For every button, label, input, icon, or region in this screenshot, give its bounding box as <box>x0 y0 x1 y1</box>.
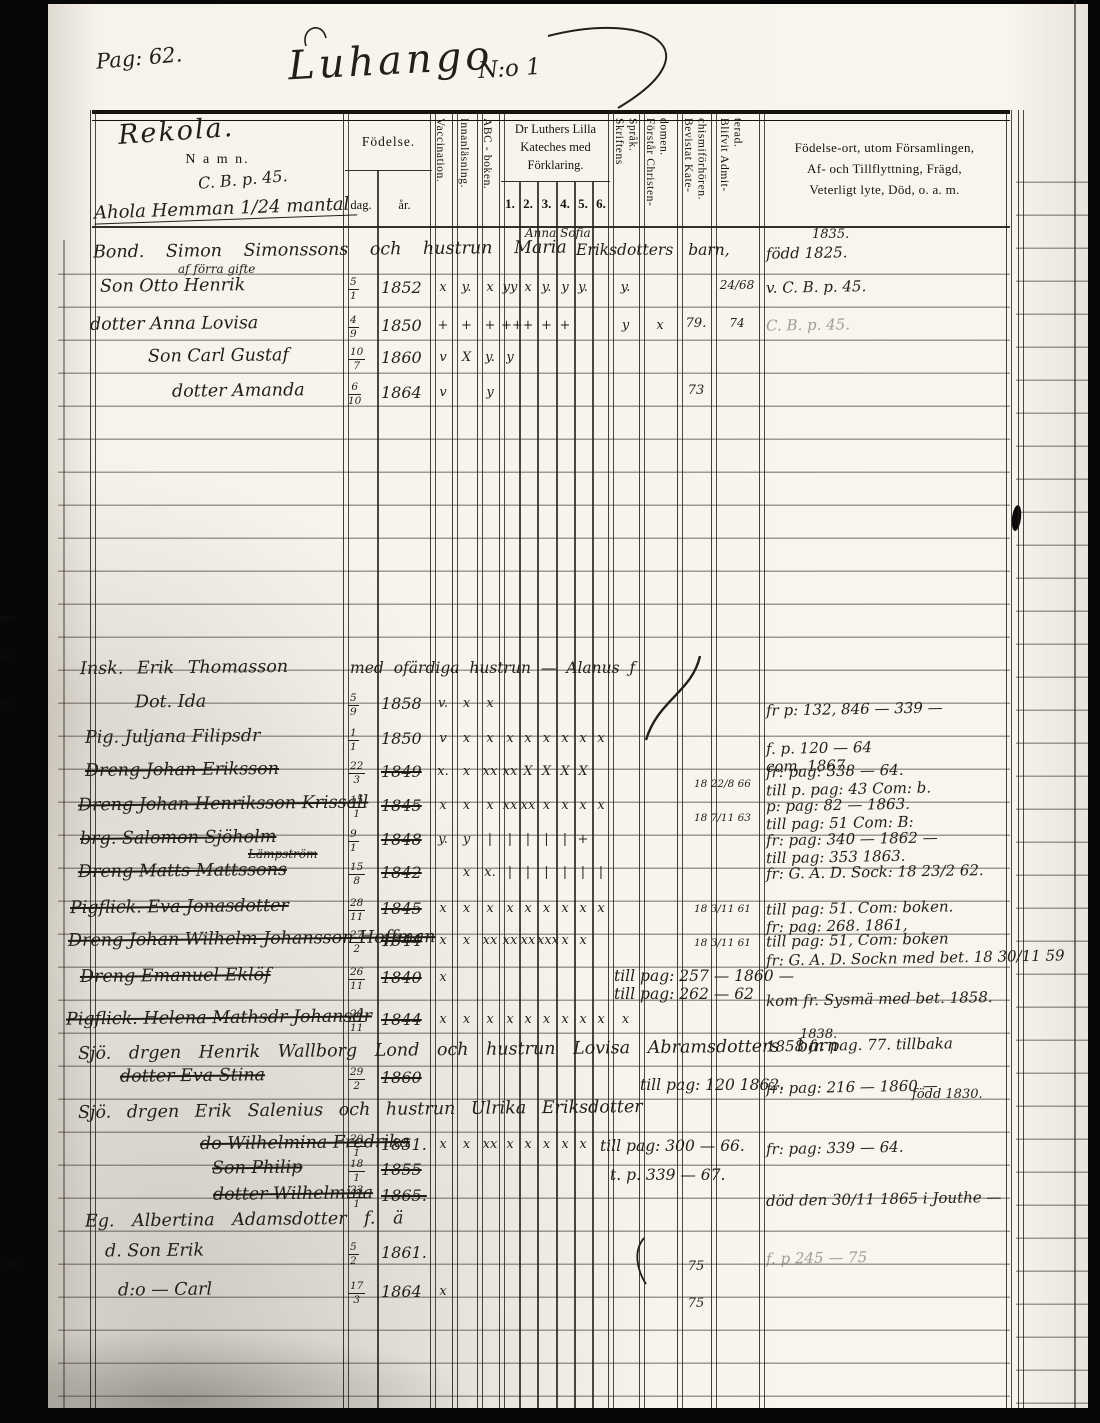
entry-remark: fr: G. A. D. Sockn med bet. 18 30/11 59 <box>766 946 1065 969</box>
entry-name: Son Carl Gustaf <box>148 345 289 366</box>
entry-blifvit-value: 74 <box>713 316 761 330</box>
entry-name: Dreng Emanuel Eklöf <box>80 965 271 987</box>
entry-name: Pig. Juljana Filipsdr <box>85 726 261 748</box>
entry-mark: x <box>556 731 574 746</box>
entry-name: Son Philip <box>212 1158 303 1179</box>
entry-mark: x <box>454 731 479 746</box>
entry-superscript: Anna Sofia <box>525 226 591 240</box>
entry-name: Bond. Simon Simonssons och hustrun Maria <box>93 238 567 263</box>
entry-birth-day: 223 <box>348 761 365 785</box>
entry-mark: x <box>479 731 501 746</box>
entry-mark: x <box>432 933 454 948</box>
entry-margin-note: 18 3/11 61 <box>694 903 751 915</box>
entry-birth-year: 1845 <box>381 796 422 815</box>
entry-birth-day: 231 <box>348 1185 365 1209</box>
entry-name: d. Son Erik <box>105 1240 204 1261</box>
entry-remark: fr: pag: 339 — 64. <box>766 1138 904 1158</box>
entry-birth-day: 292 <box>348 1067 365 1091</box>
entry-birth-year: 1852 <box>381 278 422 297</box>
entry-mark: x <box>479 280 501 295</box>
entry-birth-day: 151 <box>348 795 365 819</box>
entry-mark: x <box>479 901 501 916</box>
entry-birth-year: 1855 <box>381 1160 422 1179</box>
entry-name: Son Otto Henrik <box>100 275 246 297</box>
entry-mid-note: till pag: 300 — 66. <box>600 1137 745 1155</box>
entry-mark: x <box>432 970 454 985</box>
entry-mark: x <box>574 1012 592 1027</box>
entry-remark-superscript: född 1830. <box>912 1087 983 1102</box>
entry-mark: x <box>537 901 556 916</box>
entry-mark: x <box>432 1012 454 1027</box>
entry-mark: v. <box>432 696 454 711</box>
entry-name: Dot. Ida <box>135 692 206 713</box>
entry-remark: till pag: 51. Com: boken. <box>766 897 954 918</box>
entry-mark: | <box>556 832 574 847</box>
entry-mark: | <box>592 865 610 880</box>
entry-remark: C. B. p. 45. <box>766 315 850 334</box>
entry-birth-year: 1864 <box>381 1282 422 1301</box>
entry-mark: y <box>556 280 574 295</box>
entry-bevistat-value: 75 <box>679 1296 713 1311</box>
entry-mark: x <box>574 901 592 916</box>
entry-mid-note: till pag: 120 1862. <box>640 1076 784 1094</box>
entry-mark: y. <box>432 832 454 847</box>
entry-mark: x <box>501 901 519 916</box>
entry-name: dotter Eva Stina <box>120 1065 265 1087</box>
entry-mark: v <box>432 731 454 746</box>
entry-mark: x <box>537 798 556 813</box>
entry-mark: x <box>454 798 479 813</box>
entry-mark: | <box>501 865 519 880</box>
entry-mark: X <box>454 350 479 365</box>
entry-mark: x <box>592 798 610 813</box>
entry-birth-year: 1844 <box>381 1010 422 1029</box>
entry-mark: xx <box>519 933 537 948</box>
entry-mark: xx <box>501 798 519 813</box>
entry-birth-day: 201 <box>348 1134 365 1158</box>
entry-mark: y. <box>454 280 479 295</box>
entry-name: Pigflick. Eva Jonasdotter <box>70 896 289 918</box>
entry-remark: f. p. 120 — 64 <box>766 738 872 758</box>
entry-mark: x <box>454 696 479 711</box>
entry-mid-note: till pag: 257 — 1860 — <box>614 967 794 985</box>
entry-mark: X <box>574 764 592 779</box>
entry-skrift-mark: y <box>610 318 641 333</box>
entry-mark: x <box>454 933 479 948</box>
entry-mark: x <box>432 798 454 813</box>
entry-birth-year: 1861. <box>381 1243 427 1262</box>
entry-mark: xx <box>501 764 519 779</box>
entry-mark: xx <box>501 933 519 948</box>
entry-mark: + <box>574 832 592 847</box>
entry-name: do Wilhelmina Fredrika <box>200 1132 410 1154</box>
entry-mark: | <box>537 832 556 847</box>
entry-forstar-mark: x <box>641 318 679 333</box>
entry-birth-year: 1858 <box>381 694 422 713</box>
entry-mark: x <box>432 1137 454 1152</box>
entry-mark: x <box>454 901 479 916</box>
entry-remark-superscript: 1835. <box>812 227 849 242</box>
entry-mark: | <box>519 865 537 880</box>
entry-mark: x <box>556 901 574 916</box>
entry-birth-day: 610 <box>348 382 361 406</box>
entry-mark: y <box>454 832 479 847</box>
entry-birth-day: 11 <box>348 728 359 752</box>
entry-mark: x <box>556 1137 574 1152</box>
entry-birth-day: 2011 <box>348 1009 365 1033</box>
entry-mark: x <box>479 1012 501 1027</box>
entry-mark: + <box>479 318 501 333</box>
entry-bevistat-value: 79. <box>679 316 713 331</box>
entry-bevistat-value: 73 <box>679 383 713 398</box>
entry-mark: xx <box>479 933 501 948</box>
entry-birth-year: 1860 <box>381 348 422 367</box>
entry-birth-day: 173 <box>348 1281 365 1305</box>
entry-remark: kom fr. Sysmä med bet. 1858. <box>766 988 993 1010</box>
entry-birth-day: 59 <box>348 693 359 717</box>
entry-name: d:o — Carl <box>118 1280 212 1301</box>
entry-mark: x <box>454 865 479 880</box>
entry-mark: x <box>454 1137 479 1152</box>
entry-mark: x <box>556 933 574 948</box>
entry-name: dotter Amanda <box>172 380 305 401</box>
entry-birth-year: 1840 <box>381 968 422 987</box>
entry-mark: y. <box>537 280 556 295</box>
entry-mark: + <box>432 318 454 333</box>
entry-mark: x <box>556 798 574 813</box>
entry-skrift-mark: y. <box>610 280 641 295</box>
entry-mark: x <box>432 901 454 916</box>
entry-mark: x <box>501 731 519 746</box>
entry-mark: x <box>501 1012 519 1027</box>
entry-blifvit-value: 24/68 <box>713 278 761 292</box>
entry-remark: fr: G. A. D. Sock: 18 23/2 62. <box>766 861 984 883</box>
entry-remark: till pag: 51, Com: boken <box>766 929 949 950</box>
entry-mark: X <box>556 764 574 779</box>
entry-birth-year: 1850 <box>381 316 422 335</box>
entry-birth-year: 1864 <box>381 383 422 402</box>
entry-mid-note: Eriksdotters barn, <box>576 241 730 259</box>
entry-mark: x <box>574 731 592 746</box>
entry-mark: y <box>479 385 501 400</box>
entry-superscript: af förra gifte <box>178 262 255 276</box>
entry-mark: x <box>592 901 610 916</box>
entry-mid-note: t. p. 339 — 67. <box>610 1166 725 1184</box>
entry-skrift-mark: x <box>610 1012 641 1027</box>
entry-mark: v <box>432 350 454 365</box>
entry-remark: fr p: 132, 846 — 339 — <box>766 698 943 719</box>
entry-name: Insk. Erik Thomasson <box>80 657 288 679</box>
entry-margin-note: 18 3/11 61 <box>694 937 751 949</box>
entry-name: Pigflick. Helena Mathsdr Johansdr <box>66 1006 372 1029</box>
entry-birth-year: 1865. <box>381 1186 427 1205</box>
entry-mark: | <box>574 865 592 880</box>
entry-mark: | <box>501 832 519 847</box>
entry-birth-day: 158 <box>348 862 365 886</box>
entry-remark: fr: pag: 338 — 64. <box>766 761 904 781</box>
entry-bevistat-value: 75 <box>679 1259 713 1274</box>
entry-mid-note: till pag: 262 — 62 <box>614 985 754 1003</box>
entry-mark: x <box>432 280 454 295</box>
entry-birth-year: 1850 <box>381 729 422 748</box>
entry-birth-year: 1851. <box>381 1135 427 1154</box>
entry-birth-day: 272 <box>348 930 365 954</box>
entry-remark: v. C. B. p. 45. <box>766 277 867 297</box>
entry-mark: x <box>519 280 537 295</box>
entry-birth-year: 1860 <box>381 1068 422 1087</box>
entry-birth-day: 91 <box>348 829 359 853</box>
entry-mark: x <box>454 1012 479 1027</box>
entry-mark: x <box>592 1012 610 1027</box>
entry-mark: yy <box>501 280 519 295</box>
entry-mark: | <box>556 865 574 880</box>
entry-mark: x <box>574 1137 592 1152</box>
entry-birth-year: 1849 <box>381 762 422 781</box>
entry-mark: + <box>537 318 556 333</box>
entry-mark: + <box>454 318 479 333</box>
entry-mark: X <box>519 764 537 779</box>
entry-mark: y. <box>479 350 501 365</box>
entry-name: Sjö. drgen Erik Salenius och hustrun Ulr… <box>78 1097 643 1123</box>
entry-birth-day: 107 <box>348 347 365 371</box>
entry-margin-note: 18 7/11 63 <box>694 812 751 824</box>
entry-mark: x <box>574 933 592 948</box>
entry-birth-year: 1845 <box>381 899 422 918</box>
entry-name: Eg. Albertina Adamsdotter f. ä <box>85 1208 404 1231</box>
entry-name: Dreng Johan Henriksson Krissall <box>78 792 368 815</box>
entry-birth-day: 52 <box>348 1242 359 1266</box>
entry-remark: född 1825. <box>766 243 848 262</box>
entry-name: Dreng Johan Eriksson <box>85 759 279 781</box>
entry-remark: f. p 245 — 75 <box>766 1248 867 1268</box>
entry-birth-day: 51 <box>348 277 359 301</box>
entry-mark: x <box>537 731 556 746</box>
entry-mark: x <box>432 1284 454 1299</box>
entry-mid-note: med ofärdiga hustrun — Alanus ƒ <box>350 659 635 677</box>
entry-mark: x <box>574 798 592 813</box>
entry-mark: xx <box>519 798 537 813</box>
entry-mark: x <box>519 1137 537 1152</box>
entry-mark: y. <box>574 280 592 295</box>
entry-birth-day: 181 <box>348 1159 365 1183</box>
entry-birth-day: 49 <box>348 315 359 339</box>
entry-birth-year: 1844 <box>381 931 422 950</box>
entry-mark: xxx <box>537 933 556 948</box>
entry-mark: x <box>479 798 501 813</box>
entry-mark: x <box>592 731 610 746</box>
entry-mark: x <box>519 731 537 746</box>
entry-superscript: Lämpström <box>248 847 318 861</box>
entry-mark: x <box>519 1012 537 1027</box>
entry-mark: x <box>556 1012 574 1027</box>
entry-mark: x <box>537 1137 556 1152</box>
entry-birth-day: 2611 <box>348 967 365 991</box>
entry-mark: xx <box>479 764 501 779</box>
entry-mark: | <box>537 865 556 880</box>
entry-remark: död den 30/11 1865 i Jouthe — <box>766 1188 1002 1210</box>
entry-margin-note: 18 22/8 66 <box>694 778 751 790</box>
entry-mark: X <box>537 764 556 779</box>
entry-mark: xx <box>479 1137 501 1152</box>
entry-birth-year: 1842 <box>381 863 422 882</box>
entry-name: Sjö. drgen Henrik Wallborg Lond och hust… <box>78 1036 838 1064</box>
entry-mark: x <box>537 1012 556 1027</box>
scanned-church-record-page: { "page": { "pag_label": "Pag: 62.", "ti… <box>0 0 1100 1423</box>
entry-mark: v <box>432 385 454 400</box>
entry-mark: + <box>519 318 537 333</box>
entry-birth-day: 2811 <box>348 898 365 922</box>
entry-birth-year: 1848 <box>381 830 422 849</box>
entry-name: Dreng Matts Mattssons <box>78 860 287 882</box>
entry-mark: x <box>479 696 501 711</box>
entry-mark: x. <box>479 865 501 880</box>
table-body: Bond. Simon Simonssons och hustrun Maria… <box>0 0 1100 1423</box>
entry-mark: x. <box>432 764 454 779</box>
entry-mark: y <box>501 350 519 365</box>
entry-mark: | <box>479 832 501 847</box>
entry-mark: x <box>501 1137 519 1152</box>
entry-mark: | <box>519 832 537 847</box>
entry-name: dotter Anna Lovisa <box>90 313 259 335</box>
entry-name: brg. Salomon Sjöholm <box>80 827 277 849</box>
entry-remark: fr: pag: 340 — 1862 — <box>766 829 938 850</box>
entry-mark: ++ <box>501 318 519 333</box>
entry-remark-superscript: 1838. <box>800 1027 837 1042</box>
entry-mark: x <box>454 764 479 779</box>
entry-mark: + <box>556 318 574 333</box>
entry-mark: x <box>519 901 537 916</box>
